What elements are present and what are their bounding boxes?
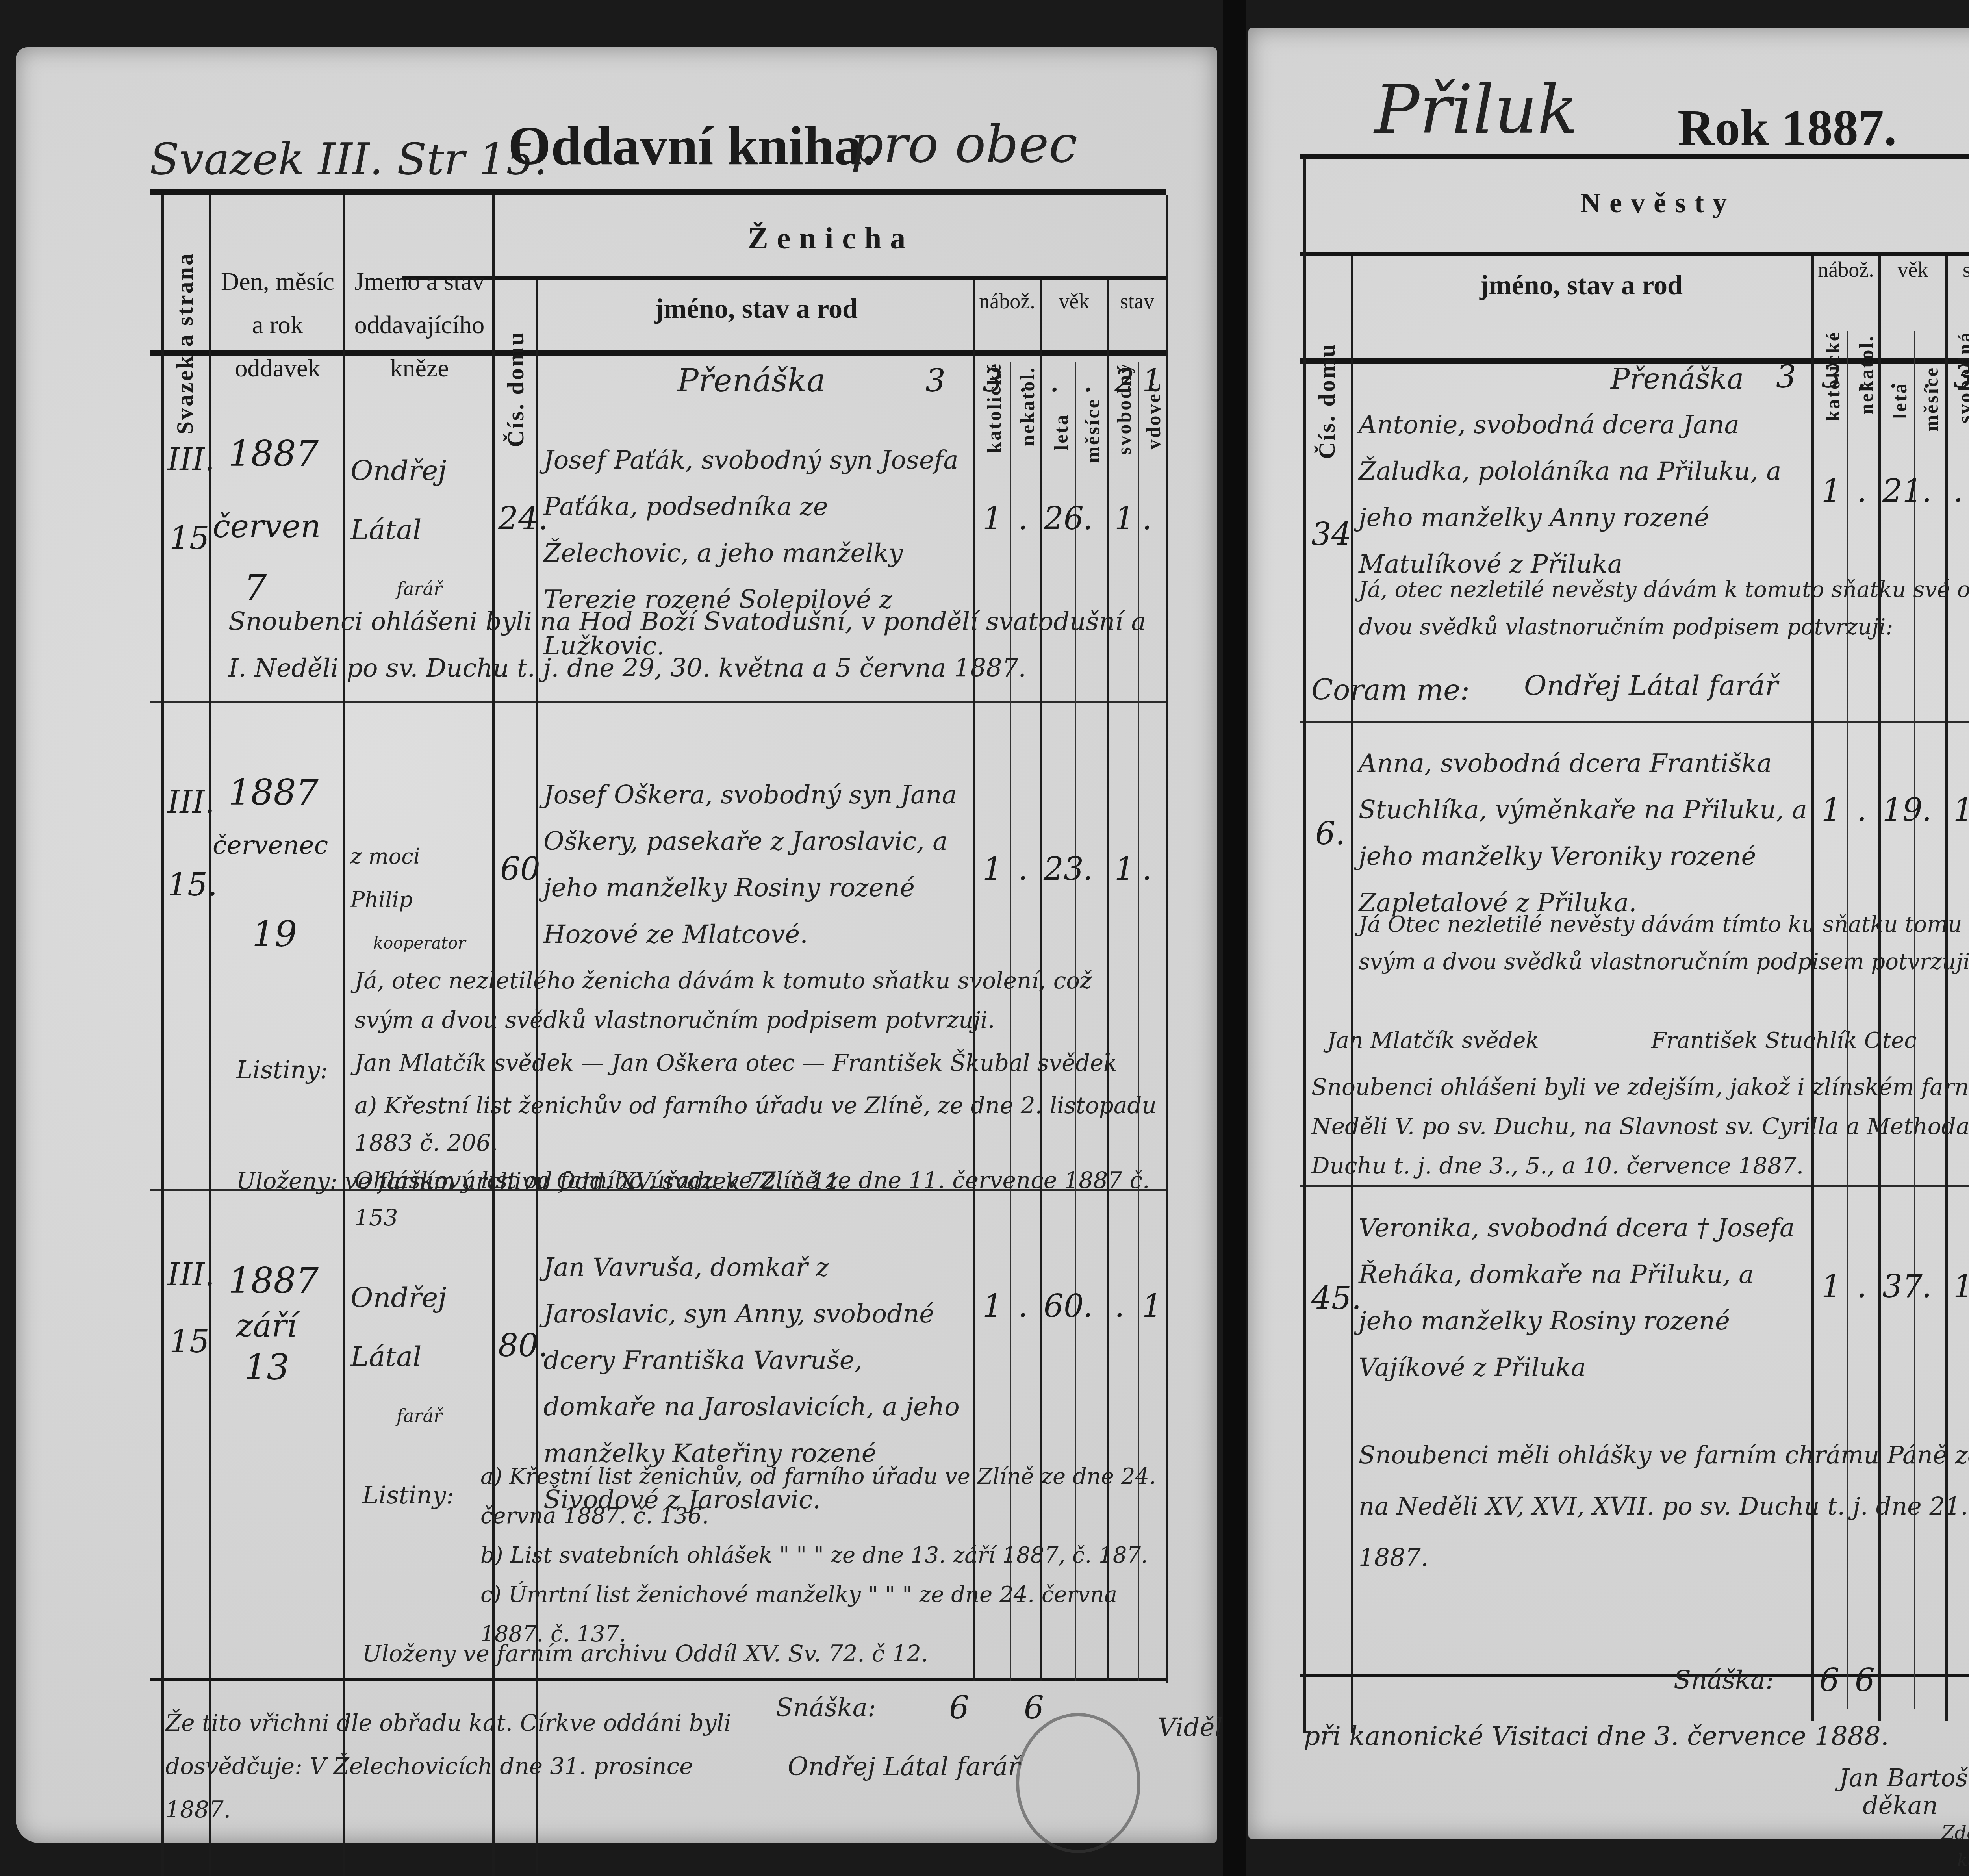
entry-month: červenec <box>213 831 328 860</box>
entry-noncatholic: . <box>1857 1268 1867 1305</box>
parental-consent: Já, otec nezletilé nevěsty dávám k tomut… <box>1359 571 1969 646</box>
entry-year: 1887 <box>228 433 319 475</box>
col-volume-side: Svazek a strana <box>171 252 198 434</box>
col-groom-name: jméno, stav a rod <box>540 287 973 331</box>
visitation-note: při kanonické Visitaci dne 3. července 1… <box>1303 1721 1889 1751</box>
seen-mark: Viděl <box>1158 1713 1223 1742</box>
carryover-single: 3 <box>1953 358 1969 395</box>
entry-widower: 1 <box>1142 1288 1162 1324</box>
banns-note: Snoubenci ohlášeni byli na Hod Boží Svat… <box>228 599 1158 691</box>
col-status: stav <box>1947 248 1969 291</box>
entry-single: 1 <box>1953 792 1969 828</box>
consent-signatures: Jan Mlatčík svědek František Stuchlík Ot… <box>1327 1028 1969 1053</box>
entry-catholic: 1 <box>1821 1268 1841 1305</box>
col-priest: Jmeno a stav oddavajícího kněze <box>347 260 492 390</box>
entry-catholic: 1 <box>983 500 1003 537</box>
entry-years: 26 <box>1044 500 1084 537</box>
entry-month: červen <box>213 508 321 545</box>
entry-catholic: 1 <box>983 1288 1003 1324</box>
summary-single: 6 <box>1855 1662 1875 1698</box>
carryover-catholic: 3 <box>983 362 1003 399</box>
carryover-widower: 1 <box>1142 362 1162 399</box>
col-line <box>1351 256 1353 1733</box>
entry-volume: III. <box>167 784 215 820</box>
entry-page: 15. <box>167 866 217 903</box>
witness-signatures: Jan Mlatčík svědek — Jan Oškera otec — F… <box>354 1040 1158 1086</box>
visitation-signature: Jan Bartoš děkan Zdeněk Jan kanovník <box>1839 1764 1969 1874</box>
entry-months: . <box>1922 792 1932 828</box>
carryover-single: 2 <box>1114 362 1135 399</box>
col-line <box>161 195 164 1876</box>
col-house-no: Čís. domu <box>502 331 529 447</box>
entry-widower: . <box>1142 500 1152 537</box>
entry-months: . <box>1922 1268 1932 1305</box>
col-religion: nábož. <box>975 280 1040 323</box>
col-line <box>1166 195 1168 1683</box>
bride-details: Antonie, svobodná dcera Jana Žaludka, po… <box>1359 402 1808 588</box>
volume-page-note: Svazek III. Str 15. <box>150 134 547 184</box>
parish-seal-icon <box>1016 1713 1140 1853</box>
entry-years: 60 <box>1044 1288 1084 1324</box>
bride-details: Anna, svobodná dcera Františka Stuchlíka… <box>1359 740 1808 926</box>
left-page: Svazek III. Str 15. Oddavní kniha. pro o… <box>16 47 1217 1843</box>
carryover-months: . <box>1922 358 1932 395</box>
summary-catholic: 6 <box>1819 1662 1839 1698</box>
entry-volume: III. <box>167 441 215 478</box>
closing-attestation: Že tito vřichni dle obřadu kat. Církve o… <box>165 1701 756 1831</box>
carryover-catholic: 3 <box>1821 358 1841 395</box>
entry-years: 21 <box>1882 473 1923 509</box>
title-suffix: pro obec <box>851 114 1077 174</box>
entry-noncatholic: . <box>1018 1288 1028 1324</box>
entry-noncatholic: . <box>1857 473 1867 509</box>
carryover-noncatholic: . <box>1018 362 1028 399</box>
bride-details: Veronika, svobodná dcera † Josefa Řeháka… <box>1359 1205 1808 1391</box>
entry-months: . <box>1922 473 1932 509</box>
carryover-label: Přenáška <box>677 362 825 399</box>
entry-single: 1 <box>1953 1268 1969 1305</box>
entry-day: 13 <box>244 1347 289 1388</box>
entry-months: . <box>1083 851 1093 887</box>
entry-house-no: 60 <box>500 851 540 887</box>
entry-house-no: 45. <box>1311 1280 1361 1316</box>
entry-noncatholic: . <box>1018 851 1028 887</box>
entry-divider <box>1300 1185 1969 1187</box>
col-bride-name: jméno, stav a rod <box>1355 264 1808 307</box>
carryover-label: Přenáška <box>1611 362 1744 395</box>
coram-signature: Ondřej Látal farář <box>1524 669 1778 702</box>
priest-signature: z moci Philip kooperator <box>350 835 488 965</box>
col-group-groom: Ženicha <box>496 217 1166 260</box>
stored-note: Uloženy: ve farním archivu Odd. XV. svaz… <box>236 1158 1158 1204</box>
entry-divider <box>150 701 1166 703</box>
entry-day: 19 <box>252 914 297 955</box>
col-date: Den, měsíc a rok oddavek <box>213 260 343 390</box>
summary-label: Snáška: <box>1674 1666 1774 1695</box>
entry-noncatholic: . <box>1018 500 1028 537</box>
groom-rule <box>402 276 1166 280</box>
entry-house-no: 80. <box>498 1327 548 1364</box>
summary-single: 6 <box>1024 1689 1044 1726</box>
col-line <box>1303 158 1306 1733</box>
book-gutter <box>1223 0 1246 1876</box>
carryover-years: . <box>1049 362 1059 399</box>
page-title: Oddavní kniha. <box>508 114 876 178</box>
closing-signature: Ondřej Látal farář <box>788 1752 1020 1781</box>
carryover-count: 3 <box>925 362 946 399</box>
entry-months: . <box>1083 500 1093 537</box>
entry-page: 15 <box>169 520 210 556</box>
entry-months: . <box>1083 1288 1093 1324</box>
entry-years: 19 <box>1882 792 1923 828</box>
village-name: Přiluk <box>1374 71 1578 149</box>
col-religion: nábož. <box>1813 248 1878 291</box>
entry-house-no: 24. <box>498 500 548 537</box>
documents-list: a) Křestní list ženichův, od farního úřa… <box>480 1457 1158 1654</box>
coram-label: Coram me: <box>1311 673 1470 706</box>
carryover-months: . <box>1083 362 1093 399</box>
col-age: věk <box>1880 248 1945 291</box>
top-rule <box>150 189 1166 195</box>
col-line <box>343 195 345 1876</box>
stored-note: Uloženy ve farním archivu Oddíl XV. Sv. … <box>362 1630 1158 1677</box>
entry-year: 1887 <box>228 1260 319 1301</box>
parental-consent: Já Otec nezletilé nevěsty dávám tímto ku… <box>1359 906 1969 981</box>
col-group-bride: Nevěsty <box>1307 181 1969 224</box>
summary-catholic: 6 <box>949 1689 969 1726</box>
priest-signature: Ondřej Látal farář <box>350 441 488 618</box>
footer-rule <box>150 1678 1166 1681</box>
carryover-noncatholic: . <box>1857 358 1867 395</box>
entry-catholic: 1 <box>1821 792 1841 828</box>
col-months: měsíce <box>1081 398 1104 463</box>
banns-note: Snoubenci ohlášeni byli ve zdejším, jako… <box>1311 1067 1969 1185</box>
year-label: Rok 1887. <box>1678 98 1897 158</box>
entry-catholic: 1 <box>983 851 1003 887</box>
entry-single: . <box>1114 1288 1124 1324</box>
entry-single: 1 <box>1114 500 1135 537</box>
parental-consent: Já, otec nezletilého ženicha dávám k tom… <box>354 961 1158 1040</box>
col-status: stav <box>1109 280 1166 323</box>
entry-years: 23 <box>1044 851 1084 887</box>
entry-years: 37 <box>1882 1268 1923 1305</box>
summary-label: Snáška: <box>776 1693 876 1722</box>
entry-catholic: 1 <box>1821 473 1841 509</box>
right-page: Přiluk Rok 1887. Nevěsty Svědkův Čís. do… <box>1248 28 1969 1839</box>
carryover-years: . <box>1888 358 1898 395</box>
groom-details: Josef Oškera, svobodný syn Jana Oškery, … <box>543 772 969 958</box>
col-house-no: Čís. domu <box>1313 343 1340 459</box>
entry-widower: . <box>1142 851 1152 887</box>
entry-single: 1 <box>1114 851 1135 887</box>
entry-house-no: 34 <box>1311 516 1352 552</box>
entry-house-no: 6. <box>1315 815 1345 852</box>
documents-label: Listiny: <box>362 1481 454 1509</box>
carryover-count: 3 <box>1776 358 1796 395</box>
top-rule <box>1300 154 1969 159</box>
entry-page: 15 <box>169 1323 210 1360</box>
banns-note: Snoubenci měli ohlášky ve farním chrámu … <box>1359 1429 1969 1583</box>
col-years: leta <box>1049 413 1072 450</box>
entry-single: . <box>1953 473 1963 509</box>
priest-signature: Ondřej Látal farář <box>350 1268 488 1445</box>
entry-volume: III. <box>167 1256 215 1293</box>
entry-noncatholic: . <box>1857 792 1867 828</box>
entry-divider <box>1300 721 1969 723</box>
col-age: věk <box>1042 280 1107 323</box>
entry-month: září <box>236 1307 297 1344</box>
documents-label: Listiny: <box>236 1055 328 1084</box>
entry-year: 1887 <box>228 772 319 813</box>
